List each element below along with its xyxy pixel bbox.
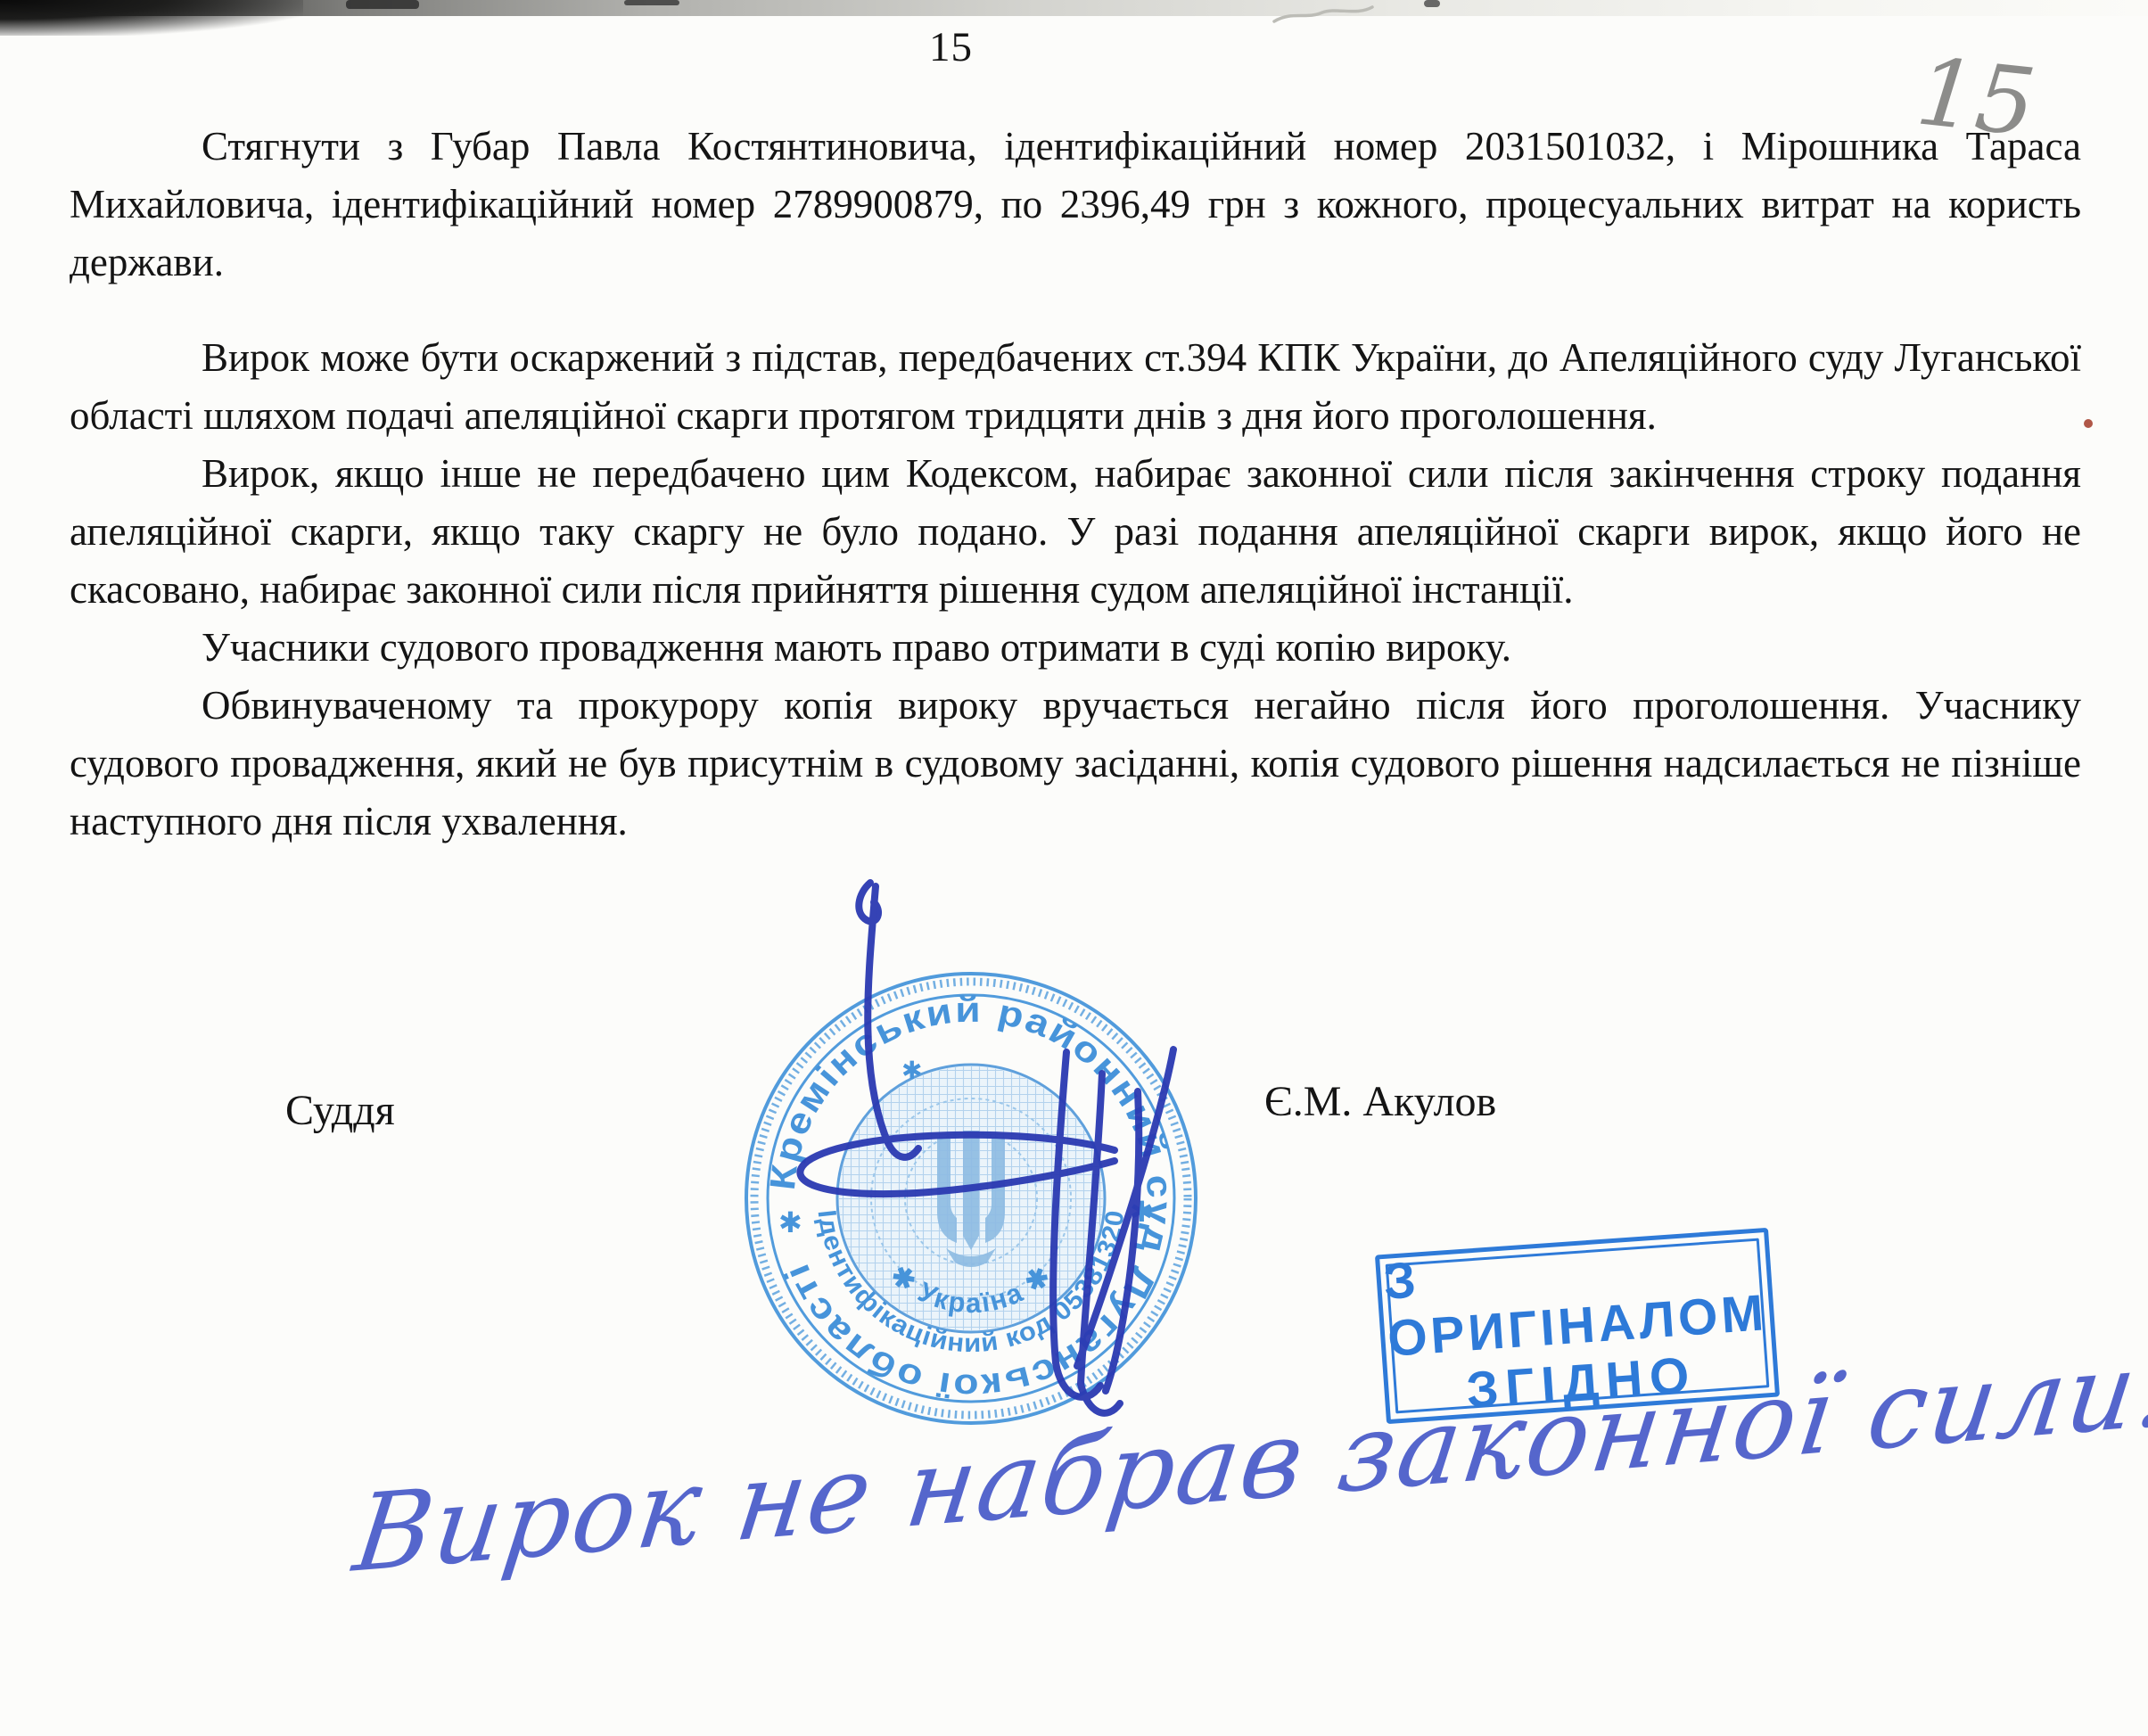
scanned-court-document-page: 15 15 Стягнути з Губар Павла Костянтинов…: [0, 0, 2148, 1736]
document-text-block: Стягнути з Губар Павла Костянтиновича, і…: [70, 118, 2081, 851]
scan-artifact-mark: [624, 0, 679, 5]
paragraph-costs-recovery: Стягнути з Губар Павла Костянтиновича, і…: [70, 118, 2081, 292]
scan-artifact-mark: [346, 0, 419, 9]
typed-page-number: 15: [929, 23, 973, 71]
ink-dot-artifact: [2084, 419, 2093, 428]
copy-stamp-line1: З ОРИГІНАЛОМ: [1382, 1227, 1769, 1367]
pencil-smudge: [1271, 2, 1378, 29]
judge-label: Суддя: [285, 1086, 395, 1135]
judge-ink-signature: [783, 867, 1211, 1446]
paragraph-copy-delivery: Обвинуваченому та прокурору копія вироку…: [70, 677, 2081, 851]
scan-edge-shadow: [0, 0, 2148, 16]
paragraph-appeal-right: Вирок може бути оскаржений з підстав, пе…: [70, 329, 2081, 445]
paragraph-legal-force: Вирок, якщо інше не передбачено цим Коде…: [70, 445, 2081, 619]
scan-artifact-mark: [1424, 0, 1440, 7]
scan-corner-shadow: [0, 0, 303, 36]
paragraph-copy-right: Учасники судового провадження мають прав…: [70, 619, 2081, 677]
judge-name: Є.М. Акулов: [1264, 1077, 1496, 1126]
